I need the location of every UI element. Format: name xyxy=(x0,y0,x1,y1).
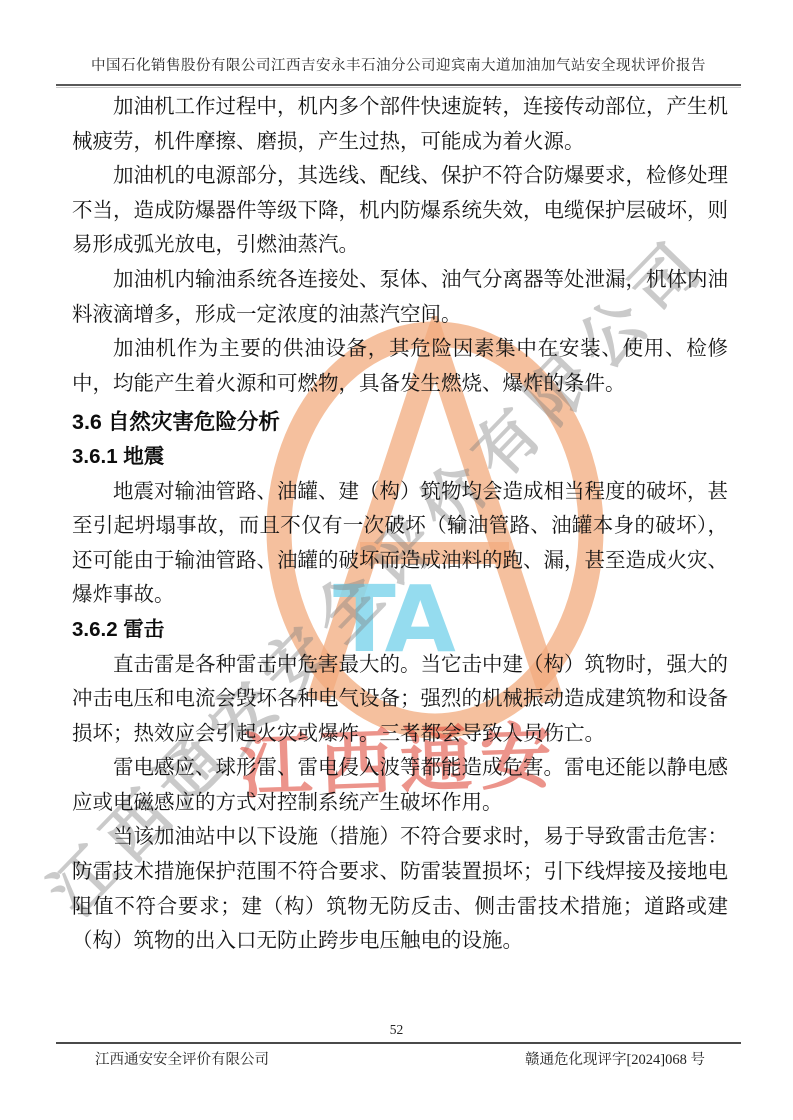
paragraph-pump-electrical: 加油机的电源部分，其选线、配线、保护不符合防爆要求，检修处理不当，造成防爆器件等… xyxy=(72,159,728,263)
document-page: TA 江西通安安全评价有限公司 江西通安 中国石化销售股份有限公司江西吉安永丰石… xyxy=(0,0,793,1120)
footer-document-number: 赣通危化现评字[2024]068 号 xyxy=(525,1048,705,1069)
heading-3-6-1-earthquake: 3.6.1 地震 xyxy=(72,440,728,475)
paragraph-pump-summary: 加油机作为主要的供油设备，其危险因素集中在安装、使用、检修中，均能产生着火源和可… xyxy=(72,332,728,401)
paragraph-pump-mechanical: 加油机工作过程中，机内多个部件快速旋转，连接传动部位，产生机械疲劳，机件摩擦、磨… xyxy=(72,90,728,159)
document-body: 加油机工作过程中，机内多个部件快速旋转，连接传动部位，产生机械疲劳，机件摩擦、磨… xyxy=(72,90,728,959)
paragraph-earthquake: 地震对输油管路、油罐、建（构）筑物均会造成相当程度的破坏，甚至引起坍塌事故，而且… xyxy=(72,475,728,613)
paragraph-pump-leakage: 加油机内输油系统各连接处、泵体、油气分离器等处泄漏，机体内油料液滴增多，形成一定… xyxy=(72,263,728,332)
footer-rule xyxy=(56,1042,741,1044)
page-header-title: 中国石化销售股份有限公司江西吉安永丰石油分公司迎宾南大道加油加气站安全现状评价报… xyxy=(56,54,741,75)
paragraph-lightning-induction: 雷电感应、球形雷、雷电侵入波等都能造成危害。雷电还能以静电感应或电磁感应的方式对… xyxy=(72,751,728,820)
heading-3-6-natural-disaster: 3.6 自然灾害危险分析 xyxy=(72,405,728,440)
heading-3-6-2-lightning: 3.6.2 雷击 xyxy=(72,613,728,648)
paragraph-lightning-station-risks: 当该加油站中以下设施（措施）不符合要求时，易于导致雷击危害：防雷技术措施保护范围… xyxy=(72,820,728,958)
paragraph-direct-lightning: 直击雷是各种雷击中危害最大的。当它击中建（构）筑物时，强大的冲击电压和电流会毁坏… xyxy=(72,648,728,752)
footer-company-name: 江西通安安全评价有限公司 xyxy=(95,1048,269,1069)
header-rule xyxy=(56,84,741,88)
page-number: 52 xyxy=(0,1022,793,1038)
